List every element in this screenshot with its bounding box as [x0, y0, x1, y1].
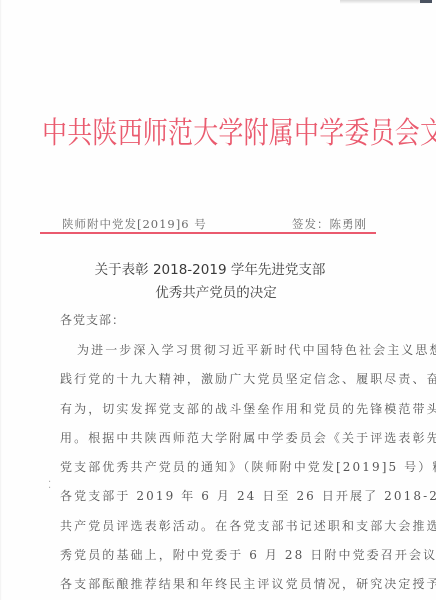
red-divider-line — [40, 232, 376, 234]
body-line-6: 各党支部于 2019 年 6 月 24 日至 26 日开展了 2018-2019… — [60, 487, 436, 504]
document-signer: 签发：陈勇刚 — [292, 216, 367, 232]
body-line-4: 用。根据中共陕西师范大学附属中学委员会《关于评选表彰先进 — [60, 429, 436, 446]
body-line-7: 共产党员评选表彰活动。在各党支部书记述职和支部大会推选优 — [60, 517, 436, 534]
document-number: 陕师附中党发[2019]6 号 — [62, 216, 207, 232]
body-line-3: 有为，切实发挥党支部的战斗堡垒作用和党员的先锋模范带头作 — [60, 400, 436, 417]
body-line-1: 为进一步深入学习贯彻习近平新时代中国特色社会主义思想， — [77, 341, 436, 358]
document-heading-line-2: 优秀共产党员的决定 — [0, 281, 434, 301]
margin-mark: ⁚ — [48, 480, 51, 491]
scan-top-shadow — [340, 0, 430, 4]
body-line-8: 秀党员的基础上，附中党委于 6 月 28 日附中党委召开会议，综合 — [60, 546, 436, 563]
body-line-5: 党支部优秀共产党员的通知》（陕师附中党发[2019]5 号）精神， — [60, 458, 436, 475]
document-header-title: 中共陕西师范大学附属中学委员会文件 — [42, 113, 382, 154]
document-page: 中共陕西师范大学附属中学委员会文件 陕师附中党发[2019]6 号 签发：陈勇刚… — [0, 0, 436, 600]
scan-corner-mark — [420, 0, 432, 3]
body-line-2: 践行党的十九大精神，激励广大党员坚定信念、履职尽责、奋发 — [60, 370, 436, 387]
body-line-9: 各支部酝酿推荐结果和年终民主评议党员情况，研究决定授予第 — [60, 575, 436, 592]
salutation: 各党支部： — [60, 311, 125, 328]
document-heading-line-1: 关于表彰 2018-2019 学年先进党支部 — [0, 258, 428, 278]
